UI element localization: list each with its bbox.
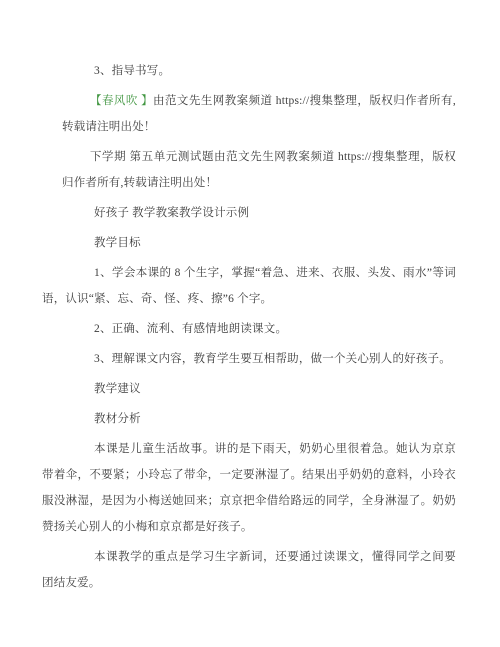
objective-2-text: 2、正确、流利、有感情地朗读课文。 (42, 316, 456, 342)
heading-teaching-suggestions: 教学建议 (42, 376, 456, 402)
copyright-notice-2: 下学期 第五单元测试题由范文先生网教案频道 https://搜集整理，版权归作者… (62, 144, 456, 196)
heading-teaching-objectives: 教学目标 (42, 230, 456, 256)
objective-3-text: 3、理解课文内容，教育学生要互相帮助，做一个关心别人的好孩子。 (42, 346, 456, 372)
heading-material-analysis: 教材分析 (42, 406, 456, 432)
copyright-notice-1: 【春风吹 】由范文先生网教案频道 https://搜集整理，版权归作者所有,转载… (62, 88, 456, 140)
objective-1-text: 1、学会本课的 8 个生字，掌握“着急、进来、衣服、头发、雨水”等词语，认识“紧… (42, 260, 456, 312)
document-title: 好孩子 教学教案教学设计示例 (42, 200, 456, 226)
source-name-highlight: 【春风吹 】 (90, 95, 153, 107)
document-page: 3、指导书写。 【春风吹 】由范文先生网教案频道 https://搜集整理，版权… (0, 0, 500, 647)
lesson-step-text: 3、指导书写。 (42, 58, 456, 84)
material-analysis-body-text: 本课是儿童生活故事。讲的是下雨天，奶奶心里很着急。她认为京京带着伞，不要紧；小玲… (42, 436, 456, 540)
teaching-focus-text: 本课教学的重点是学习生字新词，还要通过读课文，懂得同学之间要团结友爱。 (42, 544, 456, 596)
